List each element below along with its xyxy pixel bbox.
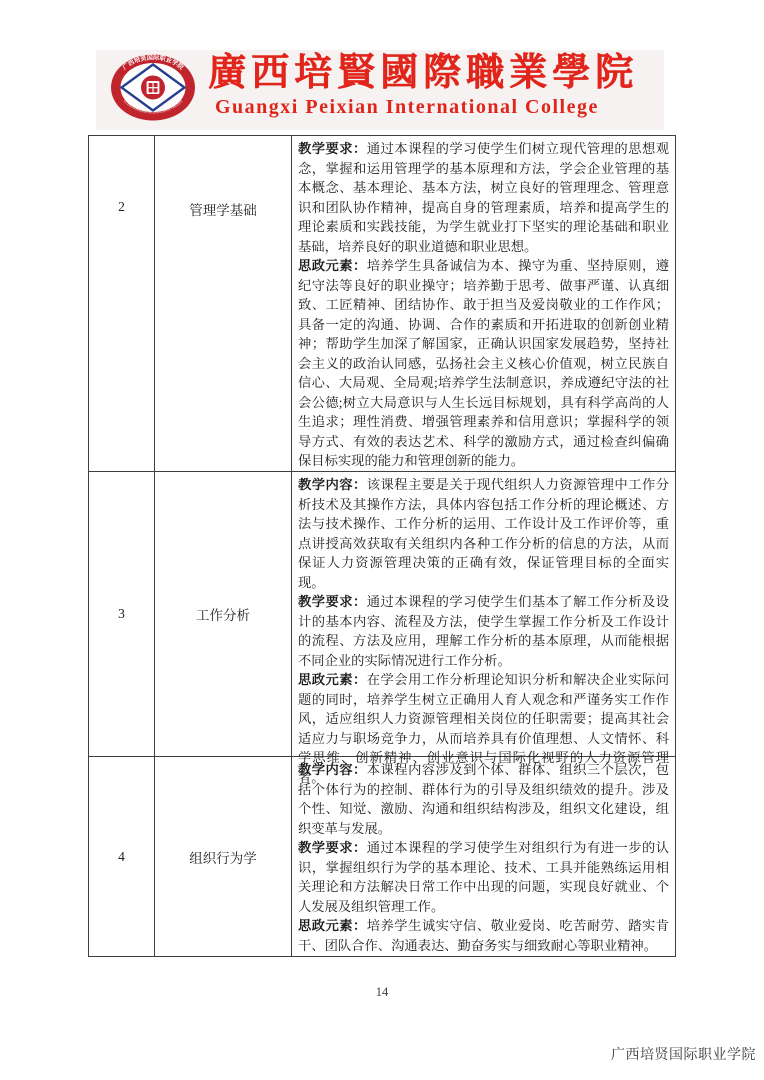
section-label: 教学内容： bbox=[298, 762, 367, 777]
course-number: 3 bbox=[118, 606, 125, 622]
teaching-content-section: 教学内容：该课程主要是关于现代组织人力资源管理中工作分析技术及其操作方法，具体内… bbox=[298, 475, 669, 592]
course-description-cell: 教学内容：本课程内容涉及到个体、群体、组织三个层次，包括个体行为的控制、群体行为… bbox=[292, 757, 675, 956]
teaching-requirements-section: 教学要求：通过本课程的学习使学生们树立现代管理的思想观念，掌握和运用管理学的基本… bbox=[298, 139, 669, 256]
section-label: 思政元素： bbox=[298, 258, 367, 273]
course-name-cell: 工作分析 bbox=[155, 472, 292, 756]
course-number: 2 bbox=[118, 199, 125, 215]
teaching-requirements-section: 教学要求：通过本课程的学习使学生们基本了解工作分析及设计的基本内容、流程及方法，… bbox=[298, 592, 669, 670]
section-label: 教学要求： bbox=[298, 594, 367, 609]
ideology-elements-section: 思政元素：培养学生具备诚信为本、操守为重、坚持原则，遵纪守法等良好的职业操守；培… bbox=[298, 256, 669, 471]
course-name-cell: 组织行为学 bbox=[155, 757, 292, 956]
course-number: 4 bbox=[118, 849, 125, 865]
book-pane bbox=[154, 88, 158, 92]
teaching-requirements-section: 教学要求：通过本课程的学习使学生对组织行为有进一步的认识，掌握组织行为学的基本理… bbox=[298, 838, 669, 916]
page-number: 14 bbox=[0, 985, 764, 1000]
section-label: 思政元素： bbox=[298, 672, 367, 687]
college-seal-logo: 广西培贤国际职业学院 GUANGXI PEIXIAN INTERNATIONAL… bbox=[109, 53, 197, 122]
book-pane bbox=[154, 83, 158, 87]
course-name: 管理学基础 bbox=[189, 199, 257, 219]
book-pane bbox=[149, 83, 153, 87]
course-name-cell: 管理学基础 bbox=[155, 136, 292, 471]
table-row: 3 工作分析 教学内容：该课程主要是关于现代组织人力资源管理中工作分析技术及其操… bbox=[89, 472, 675, 757]
section-label: 教学要求： bbox=[298, 141, 367, 156]
college-title-english: Guangxi Peixian International College bbox=[215, 96, 599, 119]
table-row: 4 组织行为学 教学内容：本课程内容涉及到个体、群体、组织三个层次，包括个体行为… bbox=[89, 757, 675, 956]
course-name: 组织行为学 bbox=[189, 847, 257, 867]
footer-college-name: 广西培贤国际职业学院 bbox=[611, 1044, 756, 1064]
college-title-chinese: 廣西培賢國際職業學院 bbox=[208, 51, 660, 93]
course-table: 2 管理学基础 教学要求：通过本课程的学习使学生们树立现代管理的思想观念，掌握和… bbox=[88, 135, 676, 957]
book-pane bbox=[149, 88, 153, 92]
course-number-cell: 2 bbox=[89, 136, 155, 471]
document-header: 广西培贤国际职业学院 GUANGXI PEIXIAN INTERNATIONAL… bbox=[96, 50, 664, 130]
course-name: 工作分析 bbox=[196, 604, 250, 624]
course-number-cell: 3 bbox=[89, 472, 155, 756]
course-number-cell: 4 bbox=[89, 757, 155, 956]
section-text: 该课程主要是关于现代组织人力资源管理中工作分析技术及其操作方法，具体内容包括工作… bbox=[298, 477, 669, 590]
course-description-cell: 教学内容：该课程主要是关于现代组织人力资源管理中工作分析技术及其操作方法，具体内… bbox=[292, 472, 675, 756]
section-label: 思政元素： bbox=[298, 918, 367, 933]
table-row: 2 管理学基础 教学要求：通过本课程的学习使学生们树立现代管理的思想观念，掌握和… bbox=[89, 136, 675, 472]
section-text: 培养学生具备诚信为本、操守为重、坚持原则，遵纪守法等良好的职业操守；培养勤于思考… bbox=[298, 258, 669, 468]
course-description-cell: 教学要求：通过本课程的学习使学生们树立现代管理的思想观念，掌握和运用管理学的基本… bbox=[292, 136, 675, 471]
teaching-content-section: 教学内容：本课程内容涉及到个体、群体、组织三个层次，包括个体行为的控制、群体行为… bbox=[298, 760, 669, 838]
section-text: 通过本课程的学习使学生们树立现代管理的思想观念，掌握和运用管理学的基本原理和方法… bbox=[298, 141, 669, 254]
section-label: 教学要求： bbox=[298, 840, 367, 855]
section-label: 教学内容： bbox=[298, 477, 367, 492]
ideology-elements-section: 思政元素：培养学生诚实守信、敬业爱岗、吃苦耐劳、踏实肯干、团队合作、沟通表达、勤… bbox=[298, 916, 669, 955]
